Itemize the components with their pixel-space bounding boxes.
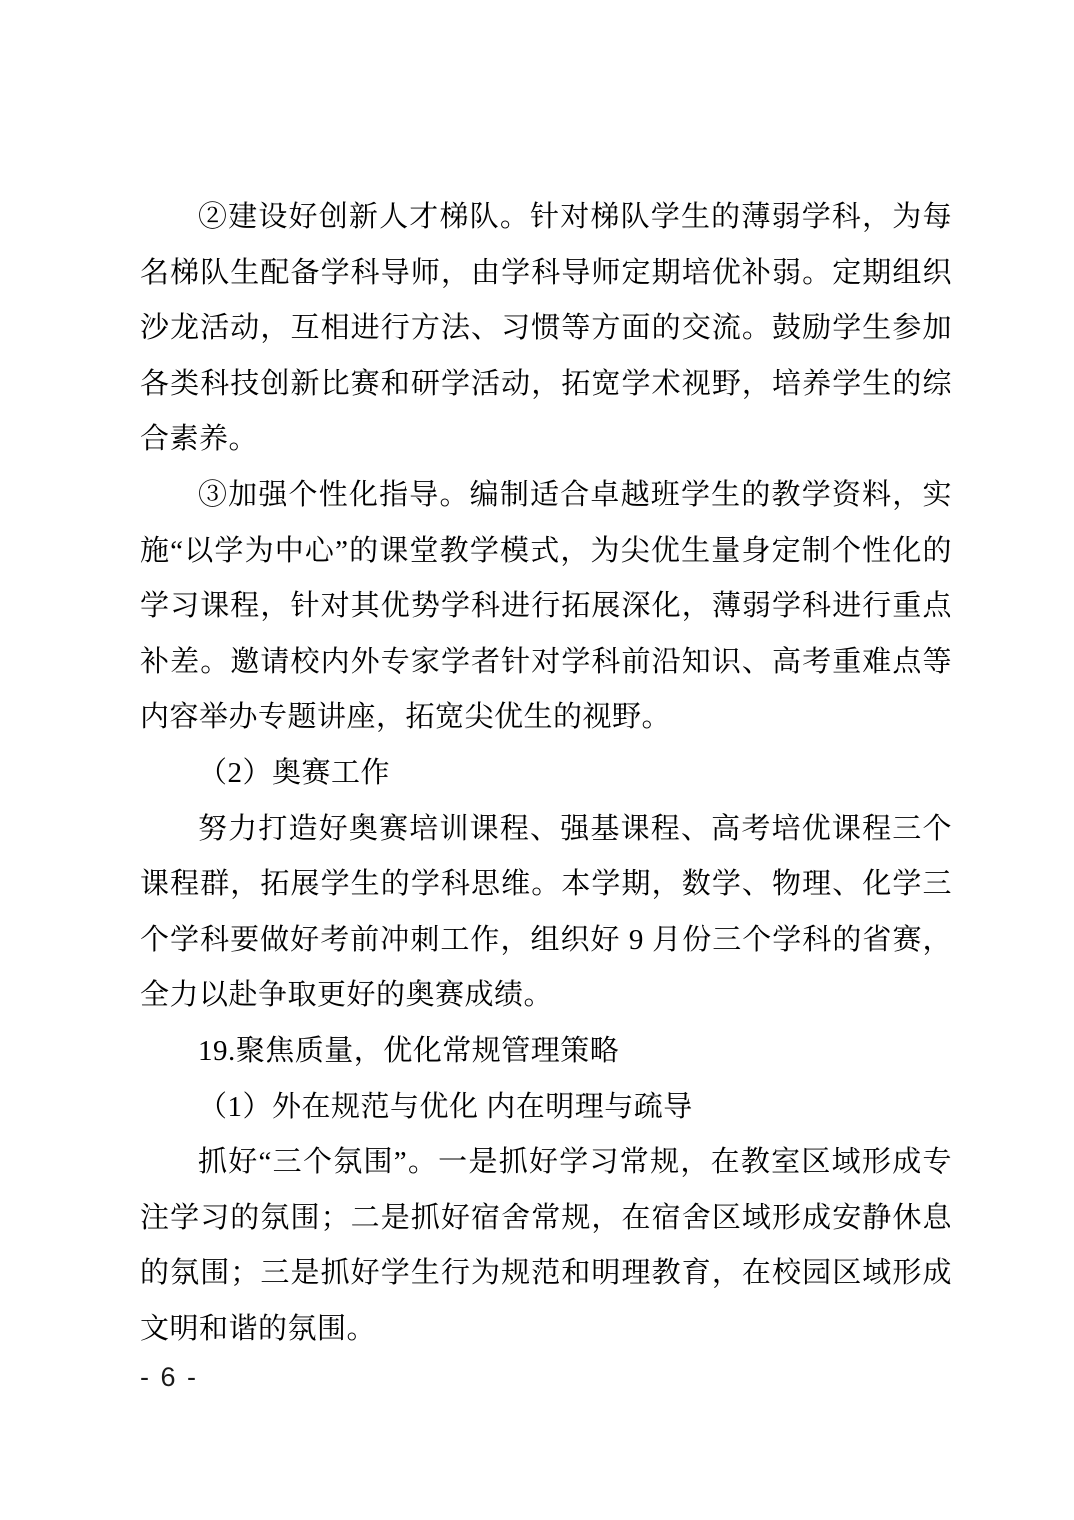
subheading-olympiad-work: （2）奥赛工作 xyxy=(140,746,952,802)
heading-item-19-quality-management: 19.聚焦质量，优化常规管理策略 xyxy=(140,1024,952,1080)
subheading-external-norms-internal-guidance: （1）外在规范与优化 内在明理与疏导 xyxy=(140,1080,952,1136)
document-page: ②建设好创新人才梯队。针对梯队学生的薄弱学科，为每名梯队生配备学科导师，由学科导… xyxy=(0,0,1074,1520)
paragraph-three-atmospheres: 抓好“三个氛围”。一是抓好学习常规，在教室区域形成专注学习的氛围；二是抓好宿舍常… xyxy=(140,1135,952,1357)
document-body: ②建设好创新人才梯队。针对梯队学生的薄弱学科，为每名梯队生配备学科导师，由学科导… xyxy=(140,190,952,1357)
paragraph-tier-building: ②建设好创新人才梯队。针对梯队学生的薄弱学科，为每名梯队生配备学科导师，由学科导… xyxy=(140,190,952,468)
paragraph-olympiad-courses: 努力打造好奥赛培训课程、强基课程、高考培优课程三个课程群，拓展学生的学科思维。本… xyxy=(140,802,952,1024)
paragraph-personalized-guidance: ③加强个性化指导。编制适合卓越班学生的教学资料，实施“以学为中心”的课堂教学模式… xyxy=(140,468,952,746)
page-number: - 6 - xyxy=(140,1362,198,1393)
